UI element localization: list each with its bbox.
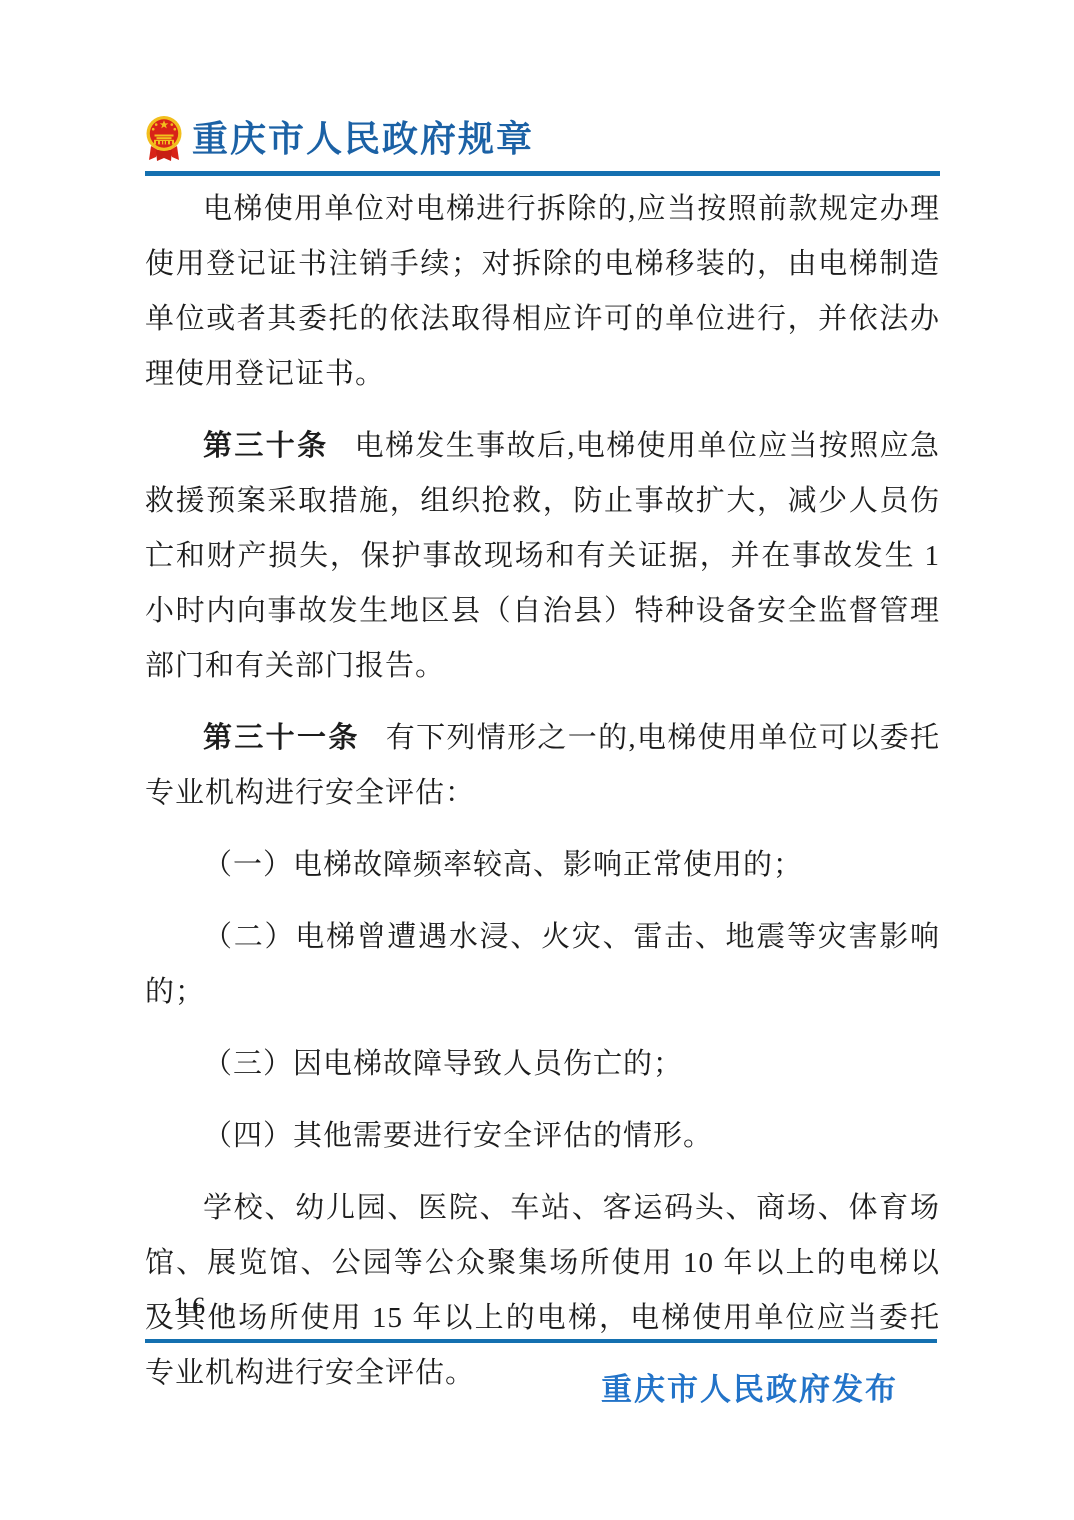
paragraph: 电梯使用单位对电梯进行拆除的,应当按照前款规定办理使用登记证书注销手续；对拆除的… — [145, 182, 940, 402]
list-item: （一）电梯故障频率较高、影响正常使用的； — [145, 838, 940, 893]
page-title: 重庆市人民政府规章 — [192, 114, 534, 164]
list-item: （二）电梯曾遭遇水浸、火灾、雷击、地震等灾害影响的； — [145, 910, 940, 1020]
paragraph-text: （二）电梯曾遭遇水浸、火灾、雷击、地震等灾害影响的； — [145, 921, 940, 1008]
page-header: 重庆市人民政府规章 — [143, 114, 534, 164]
paragraph-text: 学校、幼儿园、医院、车站、客运码头、商场、体育场馆、展览馆、公园等公众聚集场所使… — [145, 1192, 940, 1389]
paragraph-text: 电梯使用单位对电梯进行拆除的,应当按照前款规定办理使用登记证书注销手续；对拆除的… — [145, 193, 940, 390]
article-number: 第三十一条 — [203, 722, 360, 754]
list-item: （四）其他需要进行安全评估的情形。 — [145, 1109, 940, 1164]
paragraph-text: （三）因电梯故障导致人员伤亡的； — [203, 1048, 683, 1080]
paragraph: 第三十条电梯发生事故后,电梯使用单位应当按照应急救援预案采取措施，组织抢救，防止… — [145, 419, 940, 694]
publisher-label: 重庆市人民政府发布 — [601, 1364, 898, 1409]
paragraph-text: （四）其他需要进行安全评估的情形。 — [203, 1120, 713, 1152]
paragraph-text: 电梯发生事故后,电梯使用单位应当按照应急救援预案采取措施，组织抢救，防止事故扩大… — [145, 430, 940, 682]
paragraph-text: （一）电梯故障频率较高、影响正常使用的； — [203, 849, 803, 881]
article-number: 第三十条 — [203, 430, 329, 462]
paragraph: 第三十一条有下列情形之一的,电梯使用单位可以委托专业机构进行安全评估： — [145, 711, 940, 821]
china-national-emblem-icon — [143, 114, 185, 164]
document-page: 重庆市人民政府规章 电梯使用单位对电梯进行拆除的,应当按照前款规定办理使用登记证… — [0, 0, 1074, 1520]
page-number: - 16 - — [146, 1292, 238, 1322]
list-item: （三）因电梯故障导致人员伤亡的； — [145, 1037, 940, 1092]
footer-divider — [145, 1339, 937, 1343]
document-body: 电梯使用单位对电梯进行拆除的,应当按照前款规定办理使用登记证书注销手续；对拆除的… — [145, 168, 940, 1418]
